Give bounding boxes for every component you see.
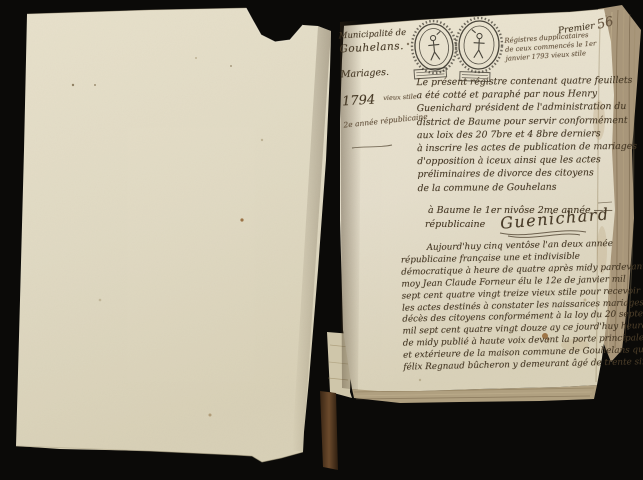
- book-spine: [320, 391, 338, 470]
- handwriting-line: de la commune de Gouhelans: [417, 179, 632, 194]
- margin-year: 1794: [342, 93, 376, 110]
- dateline-era: républicaine: [425, 219, 485, 230]
- handwriting-line: Le présent régistre contenant quatre feu…: [416, 74, 631, 89]
- margin-municipality-label: Municipalité de: [339, 28, 429, 42]
- scanned-register-photo: Municipalité de Gouhelans. Mariages. 179…: [0, 0, 643, 480]
- margin-year-suffix: vieux stile: [383, 92, 417, 102]
- handwriting-line: d'opposition à iceux ainsi que les actes: [417, 153, 632, 168]
- margin-commune-name: Gouhelans.: [339, 40, 429, 56]
- act-paragraph: Aujourd'huy cinq ventôse l'an deux année…: [401, 238, 636, 374]
- opening-paragraph: Le présent régistre contenant quatre feu…: [416, 74, 632, 195]
